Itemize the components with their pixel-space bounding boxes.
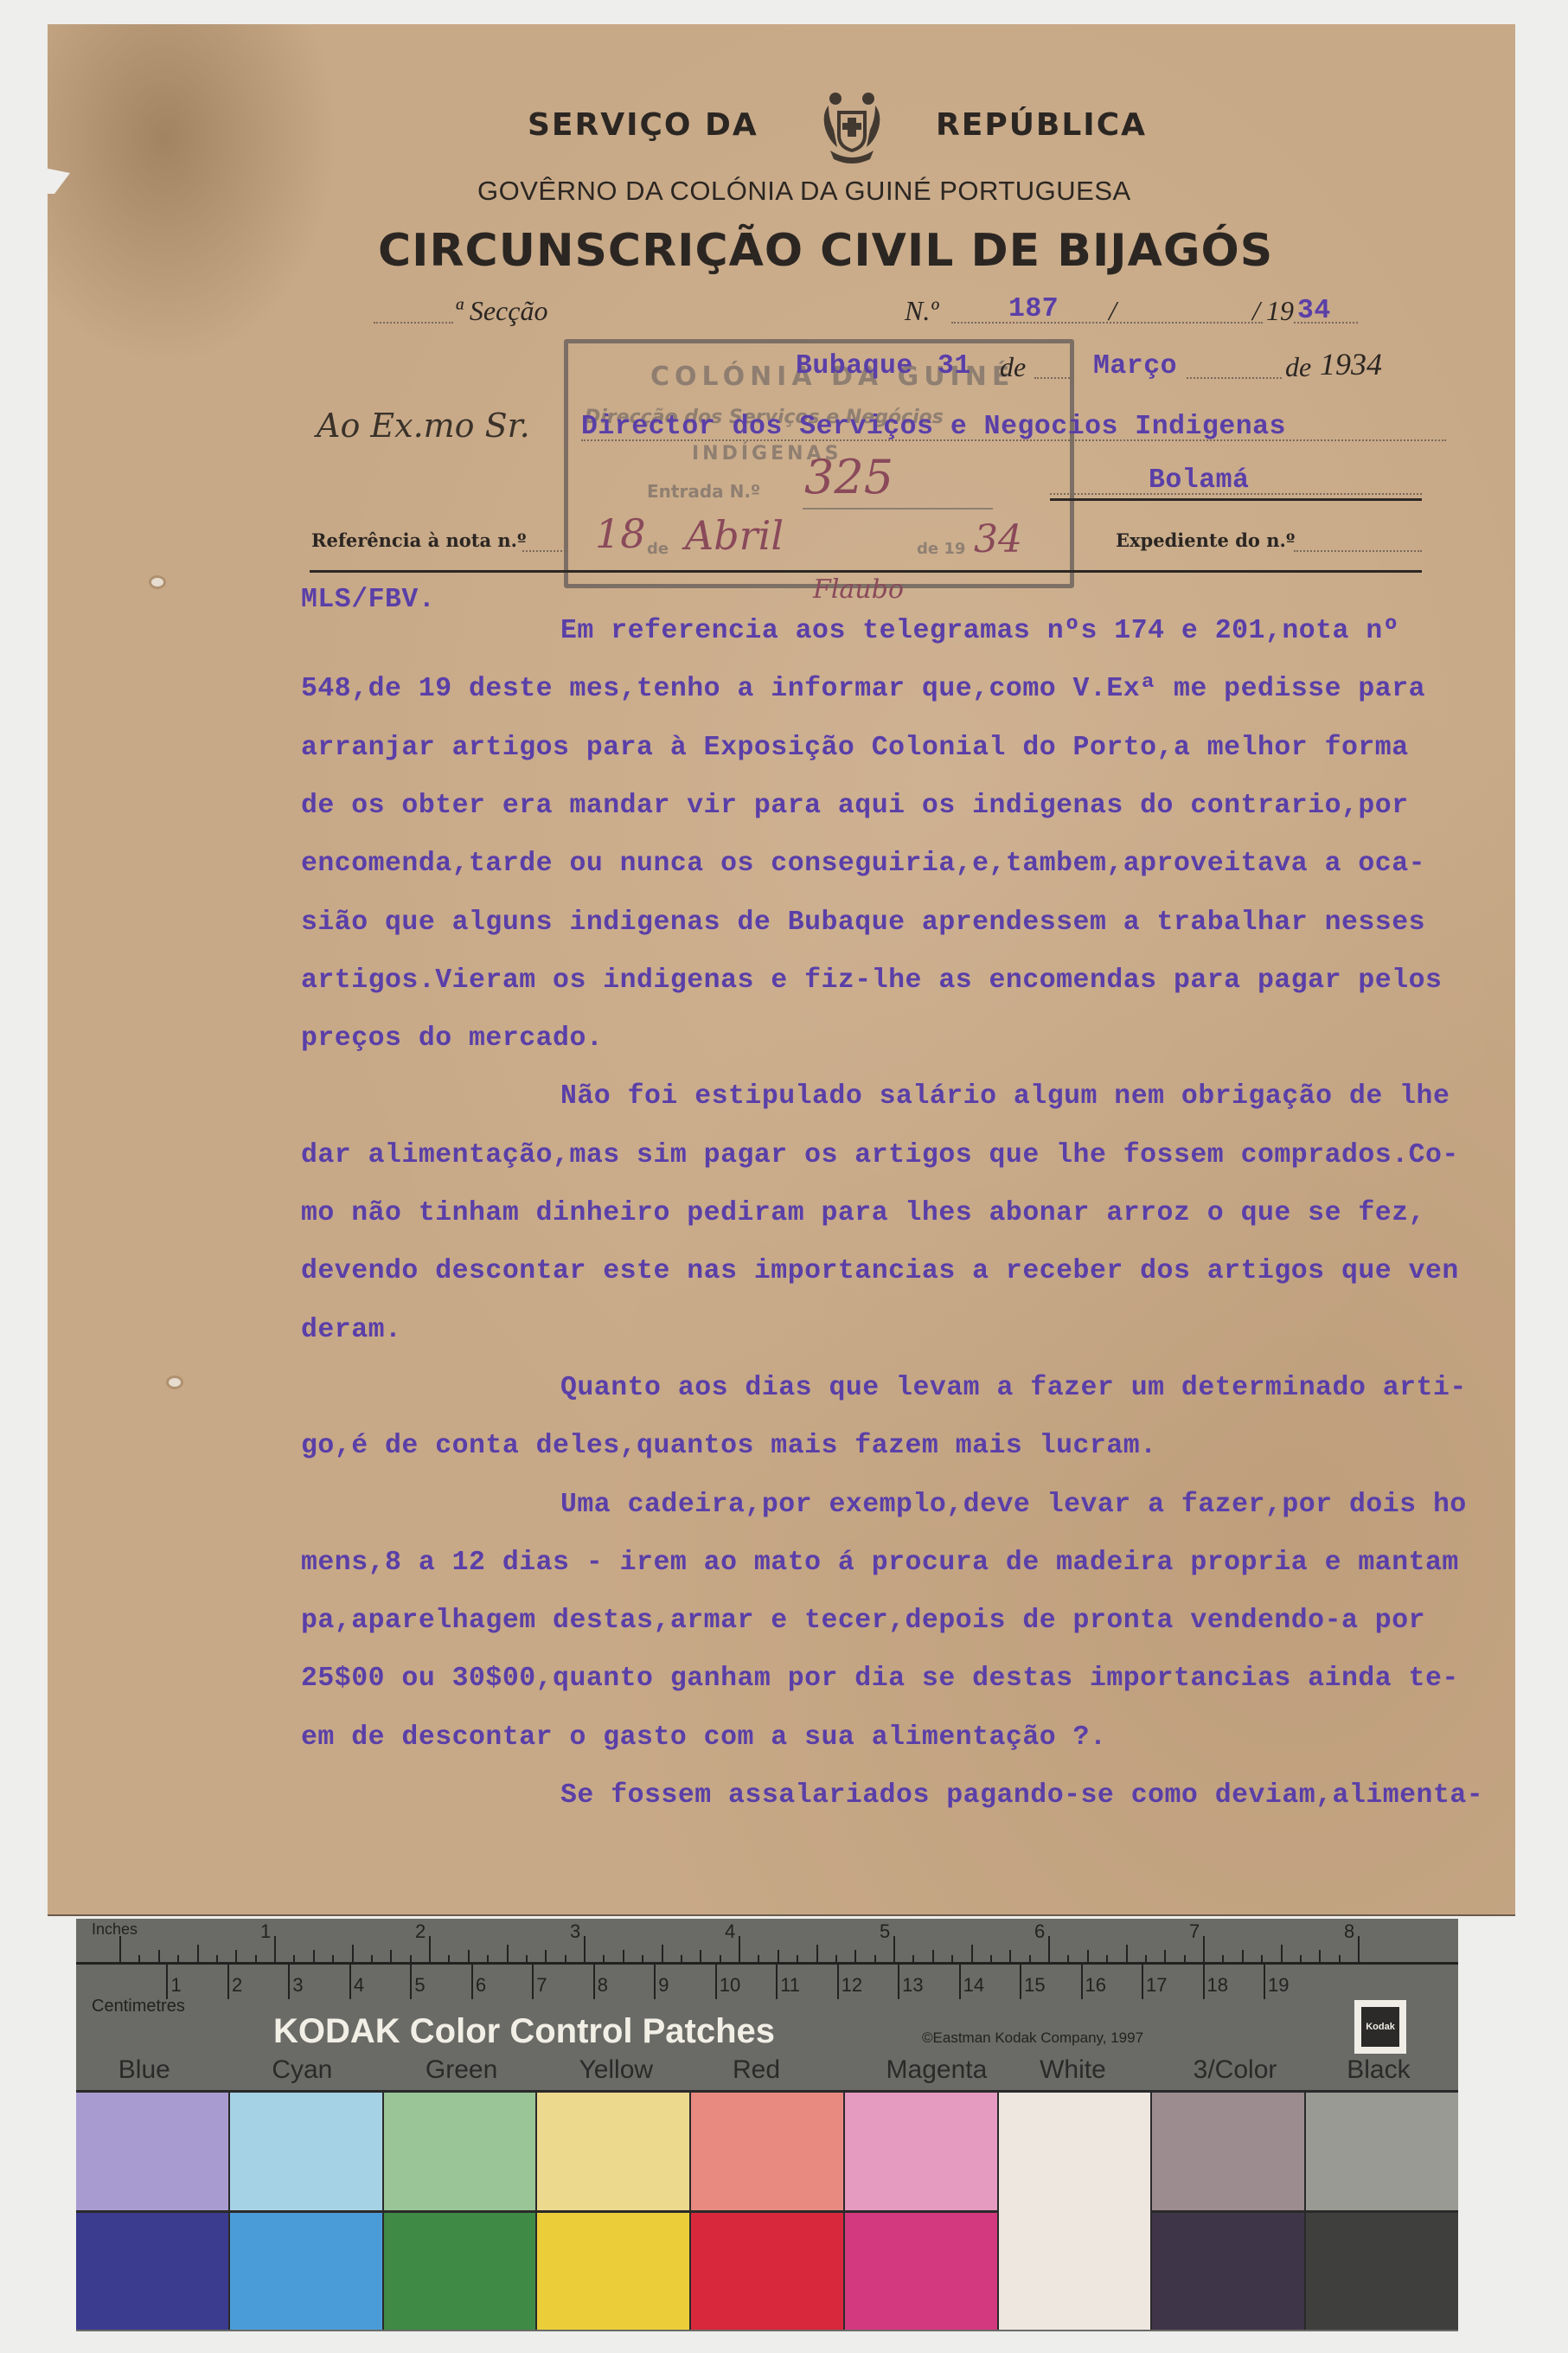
ruler-tick [565, 1955, 566, 1962]
ruler-tick [854, 1950, 856, 1962]
date-blank-2 [1187, 377, 1282, 379]
ruler-tick [816, 1945, 818, 1962]
patch-label: White [1040, 2055, 1106, 2085]
inch-tick-label: 3 [570, 1920, 580, 1943]
letterhead-service-left: SERVIÇO DA [528, 107, 758, 143]
ruler-tick [662, 1945, 663, 1962]
cm-tick-label: 5 [414, 1974, 425, 1997]
cm-tick [166, 1965, 168, 1999]
patch-dark [384, 2213, 536, 2331]
date-de-1: de [1000, 351, 1026, 383]
city-blank [1050, 493, 1422, 495]
punch-hole [169, 1378, 181, 1387]
kodak-logo-text: Kodak [1361, 2007, 1399, 2047]
handwritten-initials: Flaubo [813, 574, 904, 605]
ruler-tick [1164, 1950, 1166, 1962]
ruler-tick [1184, 1955, 1186, 1962]
ruler-tick [138, 1955, 140, 1962]
ruler-tick [1009, 1950, 1011, 1962]
date-month: Março [1093, 351, 1177, 381]
patch-dark [691, 2213, 843, 2331]
ruler-tick [932, 1950, 934, 1962]
ruler-tick [1222, 1955, 1224, 1962]
body-line: encomenda,tarde ou nunca os conseguiria,… [301, 849, 1425, 879]
body-line: Em referencia aos telegramas nºs 174 e 2… [560, 616, 1399, 646]
ruler-tick [177, 1955, 179, 1962]
ruler-tick [1203, 1936, 1205, 1962]
cm-tick [410, 1965, 412, 1999]
stamp-entrada-label: Entrada N.º [647, 481, 760, 502]
ruler-tick [1300, 1955, 1302, 1962]
cm-tick-label: 9 [658, 1974, 669, 1997]
stamp-month: Abril [685, 512, 784, 559]
patch-dark [230, 2213, 382, 2331]
patch-light [230, 2093, 382, 2213]
patch-blue [76, 2093, 230, 2330]
inch-ruler: Inches 12345678 [76, 1919, 1458, 1965]
stamp-entrada-line [803, 508, 993, 510]
patch-label: Yellow [579, 2055, 653, 2085]
body-line: Uma cadeira,por exemplo,deve levar a faz… [560, 1490, 1467, 1520]
patch-dark [76, 2213, 228, 2331]
cm-tick-label: 4 [354, 1974, 364, 1997]
date-year: 1934 [1320, 346, 1382, 382]
year-blank [1294, 322, 1358, 324]
ruler-tick [313, 1950, 315, 1962]
patch-label: Cyan [272, 2055, 332, 2085]
patch-green [384, 2093, 538, 2330]
date-place: Bubaque [796, 351, 913, 381]
patch-3-color [1152, 2093, 1306, 2330]
cm-tick-label: 19 [1268, 1974, 1289, 1997]
inch-tick-label: 7 [1189, 1920, 1200, 1943]
cm-tick-label: 17 [1146, 1974, 1167, 1997]
ruler-tick [951, 1955, 953, 1962]
body-line: deram. [301, 1315, 401, 1345]
section-number-blank [374, 322, 453, 324]
ruler-tick [507, 1945, 509, 1962]
ruler-tick [235, 1950, 237, 1962]
patch-light [1152, 2093, 1304, 2213]
patch-label: Black [1347, 2055, 1410, 2085]
number-label: N.º [905, 295, 938, 327]
centimetres-label: Centimetres [92, 1997, 185, 2016]
cm-tick-label: 16 [1085, 1974, 1106, 1997]
ruler-tick [274, 1936, 276, 1962]
reference-nota-blank [522, 550, 566, 552]
ruler-tick [681, 1955, 682, 1962]
patch-red [691, 2093, 845, 2330]
cm-tick [959, 1965, 961, 1999]
cm-tick [227, 1965, 229, 1999]
patch-dark [1306, 2213, 1458, 2331]
salutation: Ao Ex.mo Sr. [317, 407, 530, 445]
cm-tick-label: 10 [720, 1974, 740, 1997]
torn-corner [44, 168, 70, 194]
body-line: preços do mercado. [301, 1023, 603, 1054]
ruler-tick [197, 1945, 199, 1962]
date-de-2: de [1285, 351, 1311, 383]
number-blank [951, 322, 1263, 324]
color-patches [76, 2090, 1458, 2330]
ruler-tick [1029, 1955, 1031, 1962]
body-line: arranjar artigos para à Exposição Coloni… [301, 733, 1409, 763]
kodak-title: KODAK Color Control Patches [273, 2012, 775, 2051]
ruler-tick [158, 1950, 160, 1962]
stamp-year-prefix: de 19 [917, 540, 965, 558]
kodak-color-control-strip: Inches 12345678 123456789101112131415161… [76, 1919, 1458, 2331]
cm-tick-label: 15 [1024, 1974, 1045, 1997]
year-separator: / [1252, 295, 1260, 327]
body-line: devendo descontar este nas importancias … [301, 1256, 1459, 1286]
ruler-tick [874, 1955, 876, 1962]
body-line: mens,8 a 12 dias - irem ao mato á procur… [301, 1548, 1459, 1578]
ruler-tick [255, 1955, 257, 1962]
inch-tick-label: 8 [1344, 1920, 1354, 1943]
patch-label: 3/Color [1194, 2055, 1277, 2085]
date-blank-1 [1034, 377, 1072, 379]
patch-cyan [230, 2093, 384, 2330]
ruler-tick [487, 1955, 489, 1962]
ruler-tick [1048, 1936, 1050, 1962]
patch-light [1306, 2093, 1458, 2213]
kodak-copyright: ©Eastman Kodak Company, 1997 [922, 2029, 1143, 2047]
ruler-tick [835, 1955, 837, 1962]
reference-code: MLS/FBV. [301, 585, 435, 615]
patch-white [999, 2093, 1153, 2330]
ruler-tick [545, 1950, 547, 1962]
cm-tick-label: 7 [536, 1974, 547, 1997]
number-separator: / [1109, 295, 1117, 327]
inch-tick-label: 2 [415, 1920, 426, 1943]
body-line: Quanto aos dias que levam a fazer um det… [560, 1373, 1467, 1403]
ruler-tick [293, 1955, 295, 1962]
cm-tick [1081, 1965, 1083, 1999]
cm-tick-label: 13 [902, 1974, 923, 1997]
ruler-tick [1126, 1945, 1128, 1962]
cm-tick [1142, 1965, 1143, 1999]
body-line: dar alimentação,mas sim pagar os artigos… [301, 1140, 1459, 1170]
body-line: sião que alguns indigenas de Bubaque apr… [301, 907, 1425, 938]
stamp-de: de [647, 540, 669, 558]
letterhead-government: GOVÊRNO DA COLÓNIA DA GUINÉ PORTUGUESA [477, 176, 1131, 207]
patch-label: Magenta [886, 2055, 988, 2085]
cm-tick [349, 1965, 351, 1999]
kodak-logo-icon: Kodak [1354, 2000, 1406, 2054]
ruler-tick [642, 1955, 643, 1962]
patch-dark [1152, 2213, 1304, 2331]
ruler-tick [1106, 1955, 1108, 1962]
patch-dark [999, 2211, 1151, 2330]
ruler-tick [912, 1955, 914, 1962]
expediente-blank [1294, 550, 1422, 552]
city-rule [1050, 498, 1422, 501]
ruler-tick [720, 1955, 721, 1962]
header-divider [310, 570, 1422, 573]
body-line: em de descontar o gasto com a sua alimen… [301, 1722, 1106, 1753]
patch-label: Green [426, 2055, 497, 2085]
ruler-tick [332, 1955, 334, 1962]
body-line: mo não tinham dinheiro pediram para lhes… [301, 1198, 1425, 1228]
patch-light [76, 2093, 228, 2213]
cm-tick-label: 8 [598, 1974, 608, 1997]
cm-tick-label: 6 [476, 1974, 486, 1997]
patch-dark [845, 2213, 997, 2331]
ruler-tick [893, 1936, 895, 1962]
body-line: go,é de conta deles,quantos mais fazem m… [301, 1431, 1157, 1461]
ruler-tick [410, 1955, 412, 1962]
ruler-tick [584, 1936, 586, 1962]
patch-label: Blue [118, 2055, 170, 2085]
letterhead-service-right: REPÚBLICA [936, 107, 1147, 143]
stamp-year-suffix: 34 [974, 517, 1022, 561]
cm-tick [593, 1965, 595, 1999]
inch-tick-label: 6 [1034, 1920, 1045, 1943]
cm-tick [715, 1965, 717, 1999]
ruler-tick [990, 1955, 992, 1962]
body-line: Se fossem assalariados pagando-se como d… [560, 1780, 1483, 1811]
patch-light [691, 2093, 843, 2213]
cm-tick [898, 1965, 899, 1999]
date-day: 31 [938, 351, 971, 381]
ruler-tick [603, 1955, 605, 1962]
patch-dark [537, 2213, 689, 2331]
patch-yellow [537, 2093, 691, 2330]
expediente-label: Expediente do n.º [1116, 529, 1295, 551]
ruler-tick [778, 1950, 779, 1962]
ruler-tick [971, 1945, 973, 1962]
body-line: pa,aparelhagem destas,armar e tecer,depo… [301, 1606, 1425, 1636]
ruler-tick [1319, 1950, 1321, 1962]
document-number: 187 [1008, 294, 1059, 324]
ruler-tick [758, 1955, 759, 1962]
cm-tick [532, 1965, 534, 1999]
cm-tick [1020, 1965, 1021, 1999]
cm-tick [654, 1965, 656, 1999]
patch-black [1306, 2093, 1458, 2330]
cm-tick-label: 1 [170, 1974, 181, 1997]
punch-hole [151, 578, 163, 587]
stamp-day: 18 [595, 510, 646, 557]
ruler-tick [526, 1955, 528, 1962]
cm-tick [1264, 1965, 1265, 1999]
body-line: 25$00 ou 30$00,quanto ganham por dia se … [301, 1664, 1459, 1694]
inches-label: Inches [92, 1920, 138, 1939]
ruler-tick [352, 1945, 354, 1962]
ruler-tick [1242, 1950, 1244, 1962]
section-label: ª Secção [455, 295, 547, 327]
ruler-tick [448, 1955, 450, 1962]
cm-tick-label: 11 [780, 1974, 800, 1997]
ruler-tick [797, 1955, 798, 1962]
ruler-tick [216, 1955, 218, 1962]
ruler-tick [429, 1936, 431, 1962]
ruler-tick [1067, 1955, 1069, 1962]
body-line: Não foi estipulado salário algum nem obr… [560, 1081, 1450, 1112]
letterhead-office: CIRCUNSCRIÇÃO CIVIL DE BIJAGÓS [378, 225, 1273, 277]
patch-magenta [845, 2093, 999, 2330]
addressee-name: Director dos Serviços e Negocios Indigen… [581, 412, 1286, 442]
ruler-tick [371, 1955, 373, 1962]
ruler-tick [1145, 1955, 1147, 1962]
cm-tick-label: 14 [963, 1974, 984, 1997]
cm-tick-label: 12 [842, 1974, 862, 1997]
cm-tick-label: 3 [292, 1974, 303, 1997]
patch-light [999, 2093, 1151, 2211]
cm-tick-label: 2 [232, 1974, 242, 1997]
inch-tick-label: 5 [880, 1920, 890, 1943]
stamp-entrada-number: 325 [804, 450, 893, 504]
body-line: 548,de 19 deste mes,tenho a informar que… [301, 674, 1425, 704]
body-line: de os obter era mandar vir para aqui os … [301, 791, 1409, 821]
reference-nota-label: Referência à nota n.º [311, 529, 526, 551]
ruler-tick [739, 1936, 740, 1962]
ruler-tick [1261, 1955, 1263, 1962]
coat-of-arms-icon [818, 88, 886, 164]
ruler-tick [623, 1950, 624, 1962]
inch-tick-label: 1 [260, 1920, 271, 1943]
ruler-tick [1358, 1936, 1360, 1962]
patch-label: Red [733, 2055, 780, 2085]
year-prefix: 19 [1266, 295, 1294, 327]
patch-light [384, 2093, 536, 2213]
ruler-tick [1281, 1945, 1283, 1962]
ruler-tick [1339, 1955, 1341, 1962]
inch-tick-label: 4 [725, 1920, 735, 1943]
patch-light [845, 2093, 997, 2213]
ruler-tick [390, 1950, 392, 1962]
ruler-tick [119, 1936, 121, 1962]
cm-tick [837, 1965, 839, 1999]
ruler-tick [700, 1950, 701, 1962]
ruler-tick [1087, 1950, 1089, 1962]
cm-tick [471, 1965, 473, 1999]
addressee-blank [581, 439, 1446, 441]
cm-tick [1203, 1965, 1205, 1999]
ruler-tick [468, 1950, 470, 1962]
body-line: artigos.Vieram os indigenas e fiz-lhe as… [301, 965, 1442, 996]
cm-tick-label: 18 [1207, 1974, 1228, 1997]
patch-light [537, 2093, 689, 2213]
addressee-city: Bolamá [1149, 465, 1249, 496]
cm-tick [776, 1965, 778, 1999]
cm-tick [288, 1965, 290, 1999]
